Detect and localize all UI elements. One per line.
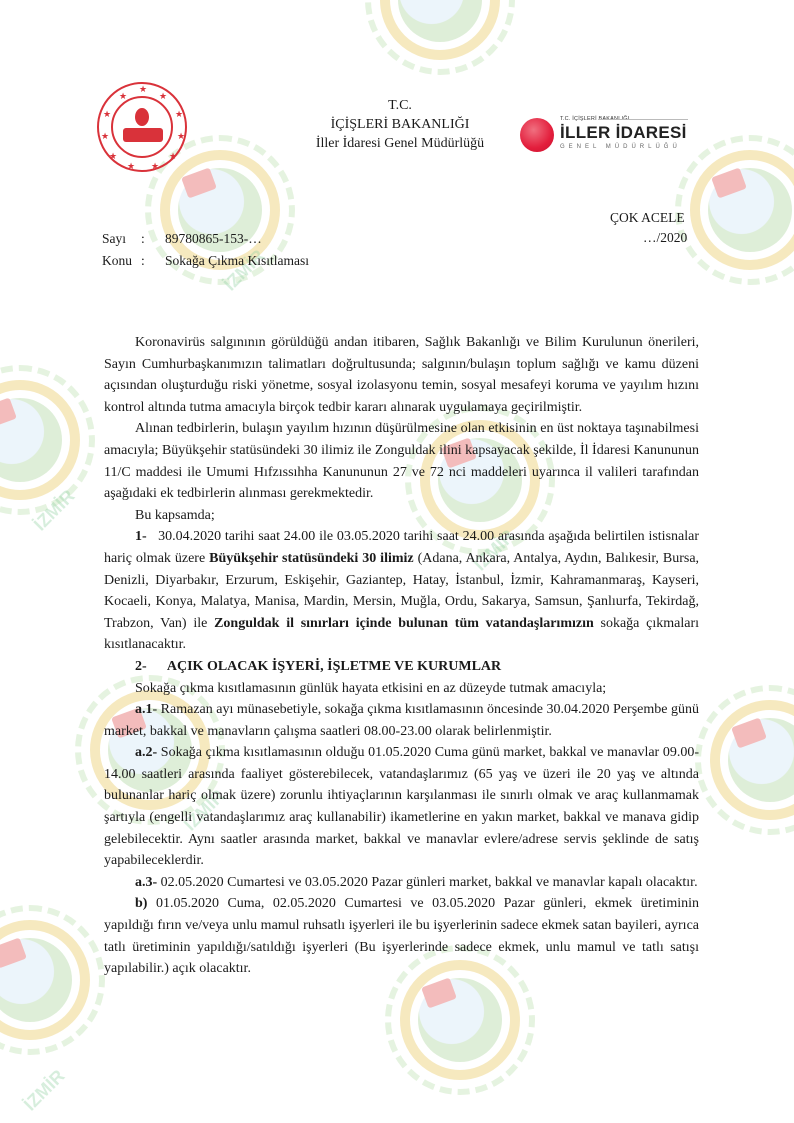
logo-title: İLLER İDARESİ: [560, 123, 687, 143]
item-1: 1- 30.04.2020 tarihi saat 24.00 ile 03.0…: [104, 526, 699, 656]
header-line-directorate: İller İdaresi Genel Müdürlüğü: [250, 134, 550, 153]
watermark-emblem-icon: [0, 380, 80, 500]
sayi-value: 89780865-153-…: [165, 229, 262, 249]
ministry-seal-icon: ★ ★ ★ ★ ★ ★ ★ ★ ★ ★ ★: [97, 82, 187, 172]
item-a1: a.1- Ramazan ayı münasebetiyle, sokağa ç…: [104, 699, 699, 742]
item-b: b) 01.05.2020 Cuma, 02.05.2020 Cumartesi…: [104, 893, 699, 979]
item-1-bold-cities: Büyükşehir statüsündeki 30 ilimiz: [209, 551, 414, 566]
header-line-tc: T.C.: [250, 96, 550, 115]
konu-label: Konu: [102, 251, 132, 271]
paragraph-measures: Alınan tedbirlerin, bulaşın yayılım hızı…: [104, 418, 699, 504]
document-page: İZMİR İZMİR İZMİR İZMİR İZMİR ★ ★ ★ ★ ★ …: [0, 0, 794, 1123]
watermark-emblem-icon: [380, 0, 500, 60]
sayi-label: Sayı: [102, 229, 126, 249]
crescent-star-logo-icon: [520, 118, 554, 152]
item-1-number: 1-: [135, 529, 147, 544]
watermark-emblem-icon: [690, 150, 794, 270]
logo-subtitle: GENEL MÜDÜRLÜĞÜ: [560, 144, 681, 150]
urgency-label: ÇOK ACELE: [610, 208, 685, 228]
item-a3: a.3- 02.05.2020 Cumartesi ve 03.05.2020 …: [104, 872, 699, 894]
sayi-separator: :: [141, 229, 145, 249]
iller-idaresi-logo: T.C. İÇİŞLERİ BAKANLIĞI İLLER İDARESİ GE…: [520, 116, 695, 156]
document-body: Koronavirüs salgınının görüldüğü andan i…: [104, 332, 699, 980]
watermark-text: İZMİR: [30, 486, 79, 535]
watermark-emblem-icon: [0, 920, 90, 1040]
paragraph-intro: Koronavirüs salgınının görüldüğü andan i…: [104, 332, 699, 418]
paragraph-scope: Bu kapsamda;: [104, 505, 699, 527]
document-date: …/2020: [643, 228, 687, 248]
watermark-text: İZMİR: [20, 1066, 69, 1115]
konu-value: Sokağa Çıkma Kısıtlaması: [165, 251, 309, 271]
konu-separator: :: [141, 251, 145, 271]
item-2-heading: 2- AÇIK OLACAK İŞYERİ, İŞLETME VE KURUML…: [104, 656, 699, 678]
letterhead: T.C. İÇİŞLERİ BAKANLIĞI İller İdaresi Ge…: [250, 96, 550, 153]
item-2-intro: Sokağa çıkma kısıtlamasının günlük hayat…: [104, 678, 699, 700]
item-1-bold-zonguldak: Zonguldak il sınırları içinde bulunan tü…: [214, 616, 594, 631]
watermark-emblem-icon: [710, 700, 794, 820]
header-line-ministry: İÇİŞLERİ BAKANLIĞI: [250, 115, 550, 134]
item-a2: a.2- Sokağa çıkma kısıtlamasının olduğu …: [104, 742, 699, 872]
